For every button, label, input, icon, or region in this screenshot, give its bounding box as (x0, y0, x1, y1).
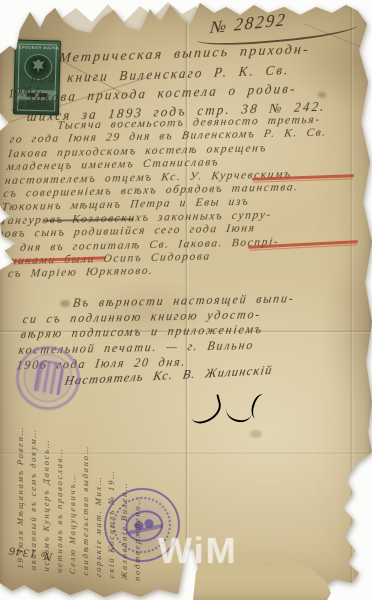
marginal-line: 19 Іюля Мѣщанамъ Ровен… (14, 390, 27, 569)
archive-watermark: WiM (158, 530, 238, 572)
marginal-line: горькіе мат. Мих… (92, 398, 105, 577)
document-scan: № 28292 ГЕРБОВАЯ МАРКА 1906 г. 20 Іюля М… (0, 0, 372, 600)
signature-scribble (225, 398, 254, 423)
marginal-line: подтверждено… (131, 402, 144, 581)
paper-sheet: № 28292 ГЕРБОВАЯ МАРКА 1906 г. 20 Іюля М… (0, 0, 372, 600)
marginal-line: искомъ Кунцеръ Данось… (40, 393, 53, 572)
body-paragraph: Тысяча восемьсотъ девяносто третья- го г… (0, 113, 368, 282)
marginal-line: Селю Мацуцевичъ… (66, 395, 79, 574)
marginal-line: Жалованіе Вилен… (118, 401, 131, 580)
marginal-line: скій Косцюлъ № 19… (105, 400, 118, 579)
marginal-line: четномъ въ православ… (53, 394, 66, 573)
signature-scribble (187, 394, 224, 425)
stain-spot (250, 430, 262, 438)
signature-scribble (248, 392, 272, 422)
seal-emblem-icon (34, 359, 65, 395)
marginal-line: оказанный въ семъ докум… (27, 391, 40, 570)
marginal-line: свидѣтельство выдано… (79, 397, 92, 576)
